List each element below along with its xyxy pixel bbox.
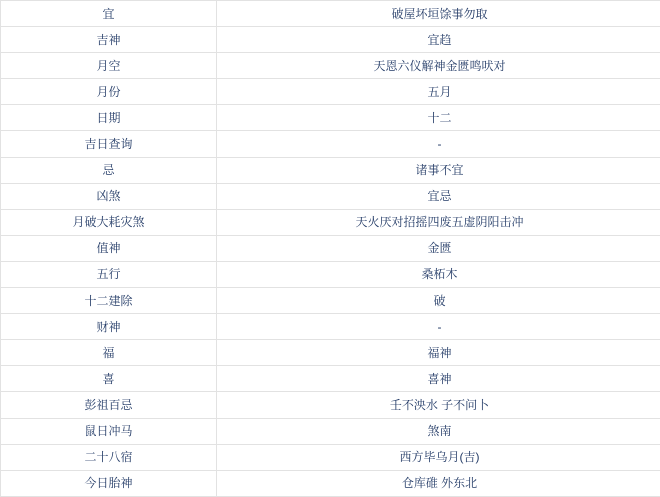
table-row: 凶煞宜忌 <box>1 183 660 209</box>
row-value: 天恩六仪解神金匮鸣吠对 <box>217 53 660 79</box>
row-label: 吉神 <box>1 27 217 53</box>
row-value: 金匮 <box>217 235 660 261</box>
row-value: 福神 <box>217 340 660 366</box>
table-row: 宜破屋坏垣馀事勿取 <box>1 1 660 27</box>
row-value: 宜忌 <box>217 183 660 209</box>
row-label: 彭祖百忌 <box>1 392 217 418</box>
table-row: 忌诸事不宜 <box>1 157 660 183</box>
row-label: 月破大耗灾煞 <box>1 209 217 235</box>
row-value: 喜神 <box>217 366 660 392</box>
row-label: 喜 <box>1 366 217 392</box>
table-row: 值神金匮 <box>1 235 660 261</box>
row-label: 二十八宿 <box>1 444 217 470</box>
table-row: 财神- <box>1 314 660 340</box>
row-value: 煞南 <box>217 418 660 444</box>
row-value: 诸事不宜 <box>217 157 660 183</box>
row-value: 西方毕乌月(吉) <box>217 444 660 470</box>
row-label: 福 <box>1 340 217 366</box>
table-row: 鼠日冲马煞南 <box>1 418 660 444</box>
row-label: 凶煞 <box>1 183 217 209</box>
table-row: 吉日查询- <box>1 131 660 157</box>
row-value: 十二 <box>217 105 660 131</box>
almanac-panel: 宜破屋坏垣馀事勿取吉神宜趋月空天恩六仪解神金匮鸣吠对月份五月日期十二吉日查询-忌… <box>0 0 660 497</box>
table-row: 二十八宿西方毕乌月(吉) <box>1 444 660 470</box>
row-label: 忌 <box>1 157 217 183</box>
row-label: 鼠日冲马 <box>1 418 217 444</box>
table-row: 今日胎神仓库碓 外东北 <box>1 470 660 496</box>
row-value: 破 <box>217 288 660 314</box>
almanac-table: 宜破屋坏垣馀事勿取吉神宜趋月空天恩六仪解神金匮鸣吠对月份五月日期十二吉日查询-忌… <box>0 0 660 497</box>
row-label: 月空 <box>1 53 217 79</box>
row-label: 日期 <box>1 105 217 131</box>
row-value: 天火厌对招摇四废五虚阴阳击冲 <box>217 209 660 235</box>
row-label: 值神 <box>1 235 217 261</box>
table-row: 日期十二 <box>1 105 660 131</box>
row-label: 五行 <box>1 261 217 287</box>
row-value: - <box>217 314 660 340</box>
row-label: 今日胎神 <box>1 470 217 496</box>
table-row: 喜喜神 <box>1 366 660 392</box>
row-label: 财神 <box>1 314 217 340</box>
row-label: 吉日查询 <box>1 131 217 157</box>
row-value: 破屋坏垣馀事勿取 <box>217 1 660 27</box>
table-row: 月份五月 <box>1 79 660 105</box>
table-row: 月空天恩六仪解神金匮鸣吠对 <box>1 53 660 79</box>
row-label: 十二建除 <box>1 288 217 314</box>
row-value: 仓库碓 外东北 <box>217 470 660 496</box>
table-row: 吉神宜趋 <box>1 27 660 53</box>
table-row: 福福神 <box>1 340 660 366</box>
row-value: 桑柘木 <box>217 261 660 287</box>
row-label: 月份 <box>1 79 217 105</box>
row-value: 五月 <box>217 79 660 105</box>
table-row: 五行桑柘木 <box>1 261 660 287</box>
row-label: 宜 <box>1 1 217 27</box>
row-value: 宜趋 <box>217 27 660 53</box>
row-value: - <box>217 131 660 157</box>
table-row: 十二建除破 <box>1 288 660 314</box>
row-value: 壬不泱水 子不问卜 <box>217 392 660 418</box>
table-row: 彭祖百忌壬不泱水 子不问卜 <box>1 392 660 418</box>
almanac-table-body: 宜破屋坏垣馀事勿取吉神宜趋月空天恩六仪解神金匮鸣吠对月份五月日期十二吉日查询-忌… <box>1 1 660 497</box>
table-row: 月破大耗灾煞天火厌对招摇四废五虚阴阳击冲 <box>1 209 660 235</box>
